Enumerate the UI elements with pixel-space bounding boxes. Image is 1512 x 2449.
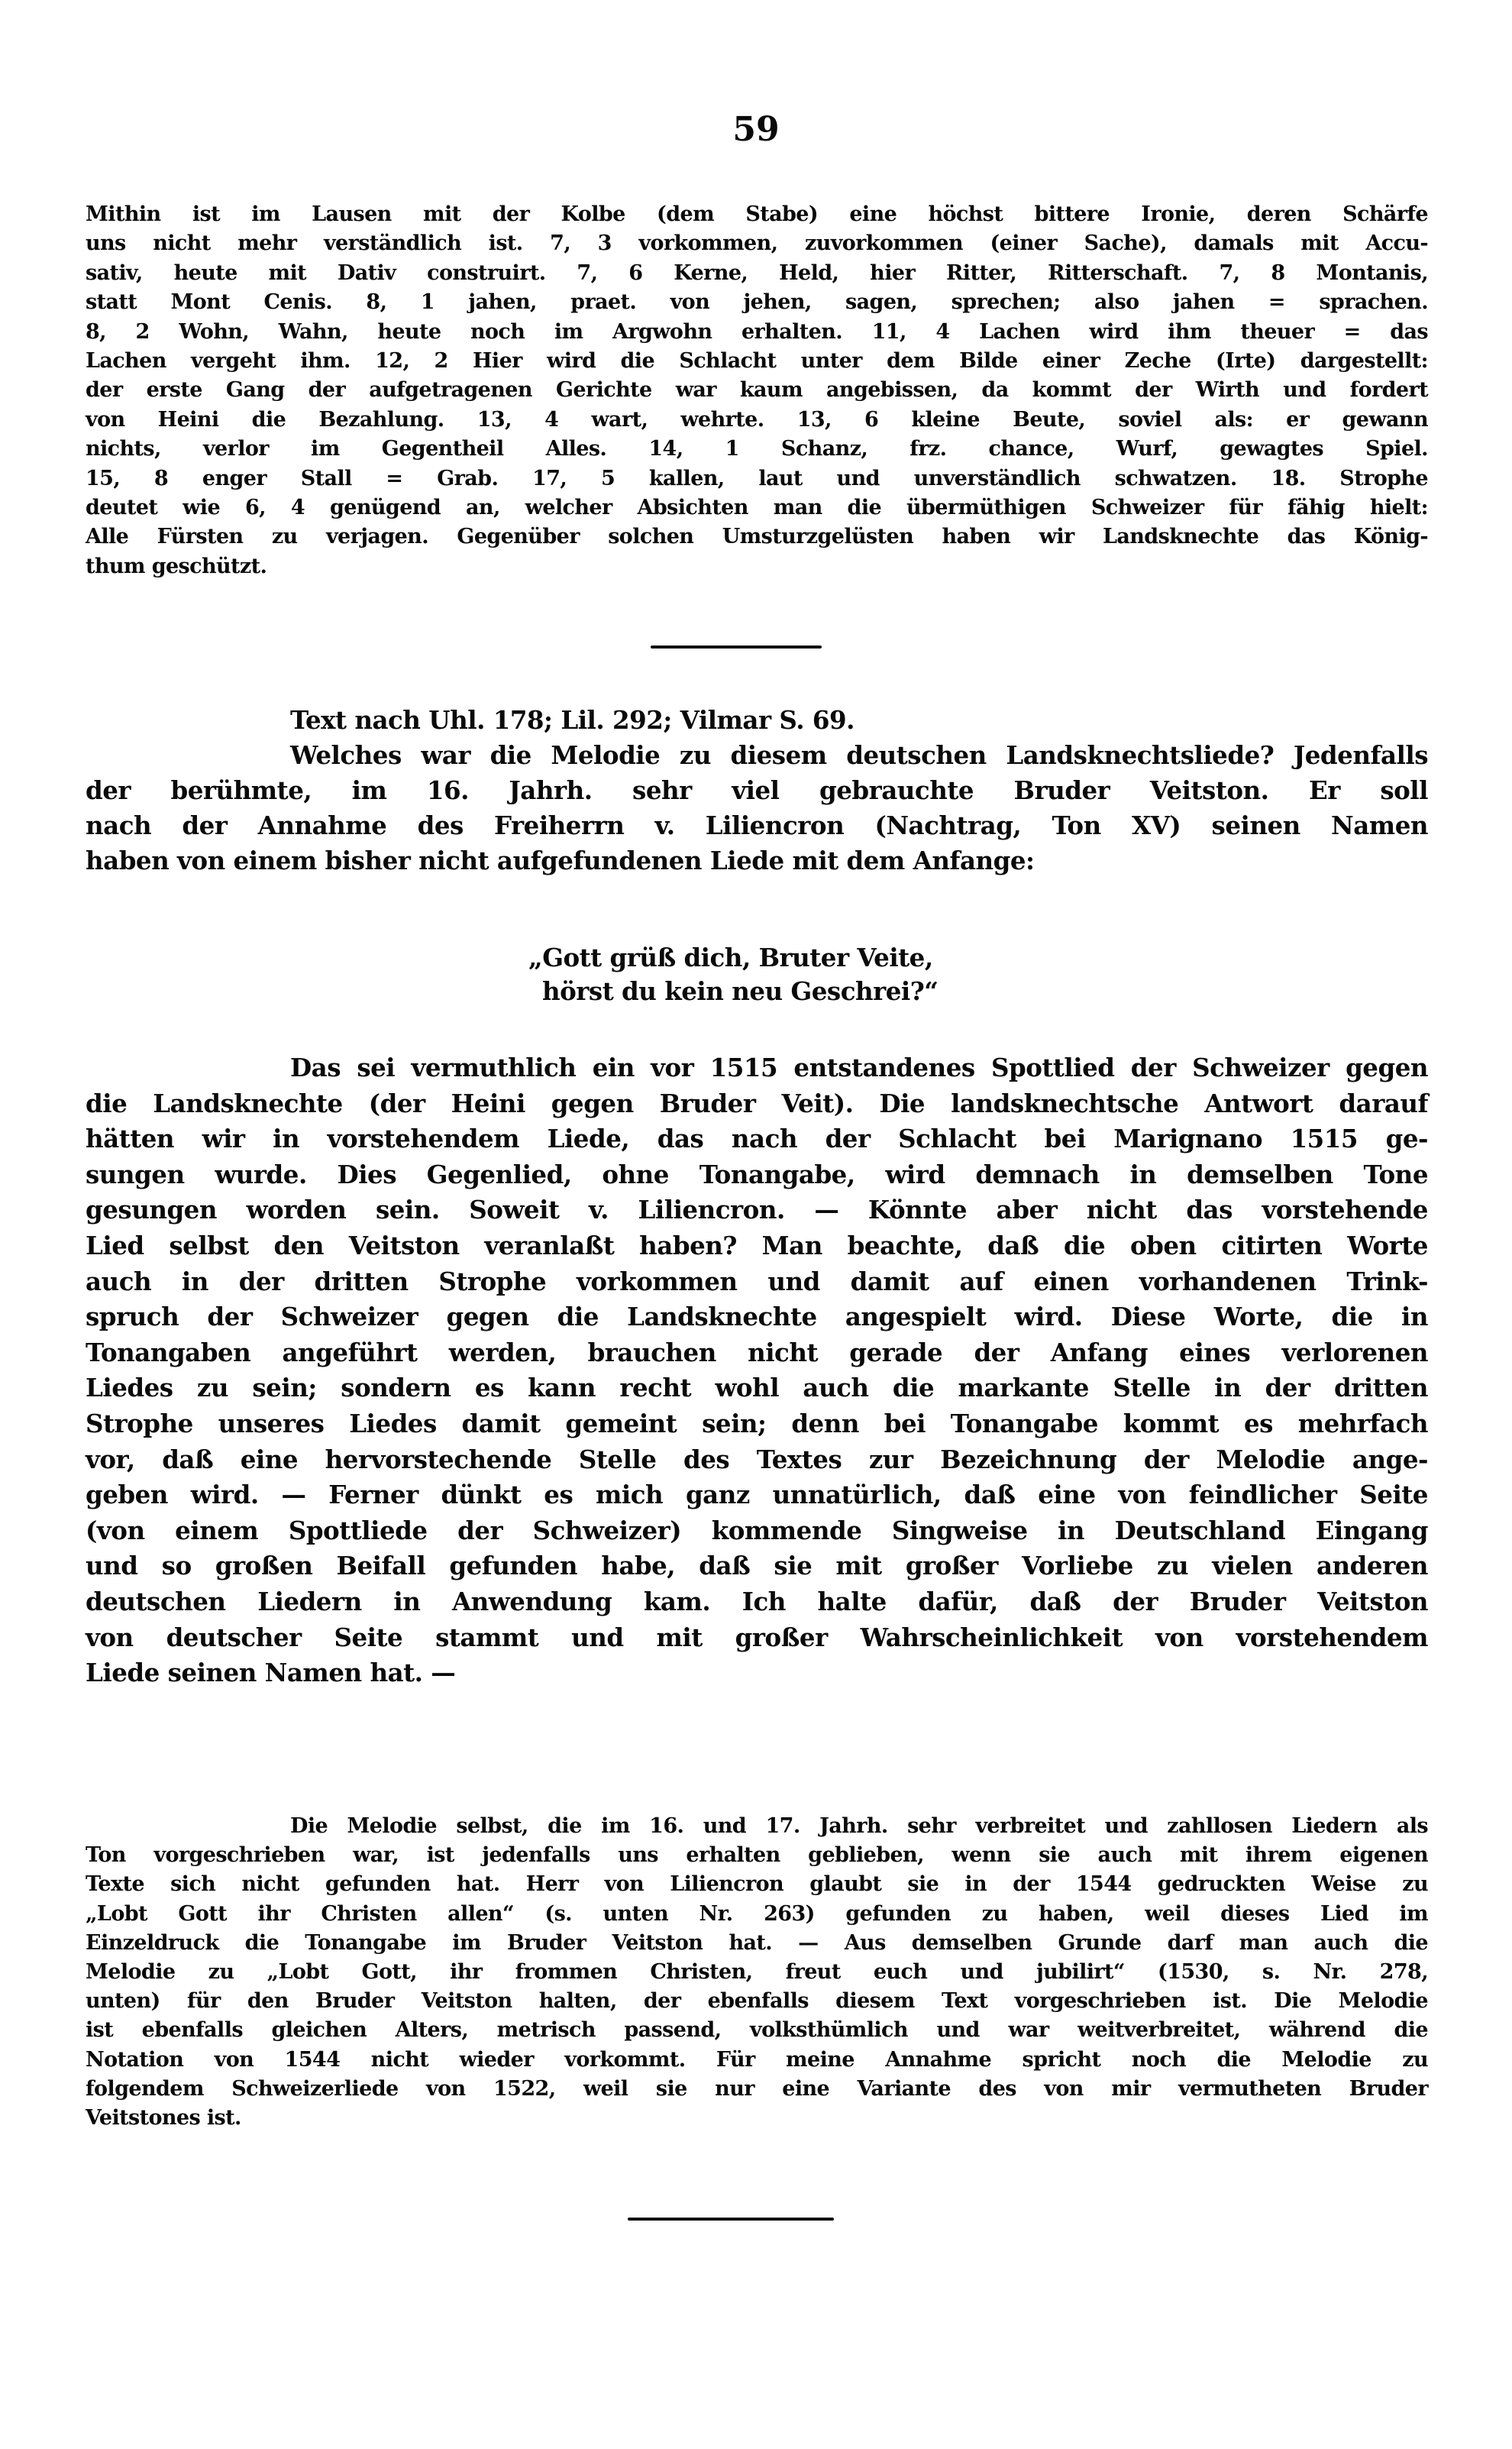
text-line: und so großen Beifall gefunden habe, daß…	[86, 1548, 1428, 1584]
text-line: 8, 2 Wohn, Wahn, heute noch im Argwohn e…	[86, 318, 1428, 347]
text-line: Liedes zu sein; sondern es kann recht wo…	[86, 1370, 1428, 1406]
section-divider-bottom	[628, 2218, 834, 2221]
text-line: Notation von 1544 nicht wieder vorkommt.…	[86, 2046, 1428, 2075]
text-line: statt Mont Cenis. 8, 1 jahen, praet. von…	[86, 288, 1428, 317]
text-line: nach der Annahme des Freiherrn v. Lilien…	[86, 808, 1428, 843]
text-line: Strophe unseres Liedes damit gemeint sei…	[86, 1406, 1428, 1441]
page-number: 59	[0, 107, 1512, 153]
text-line: vor, daß eine hervorstechende Stelle des…	[86, 1442, 1428, 1477]
text-line: Texte sich nicht gefunden hat. Herr von …	[86, 1870, 1428, 1899]
text-line: ist ebenfalls gleichen Alters, metrisch …	[86, 2016, 1428, 2045]
text-line: folgendem Schweizerliede von 1522, weil …	[86, 2075, 1428, 2104]
text-line: Tonangaben angeführt werden, brauchen ni…	[86, 1335, 1428, 1370]
text-line: 15, 8 enger Stall = Grab. 17, 5 kallen, …	[86, 464, 1428, 493]
text-line: hätten wir in vorstehendem Liede, das na…	[86, 1121, 1428, 1157]
text-line: Mithin ist im Lausen mit der Kolbe (dem …	[86, 200, 1428, 229]
text-line: sativ, heute mit Dativ construirt. 7, 6 …	[86, 259, 1428, 288]
text-line: der berühmte, im 16. Jahrh. sehr viel ge…	[86, 773, 1428, 808]
section-divider-top	[651, 645, 822, 649]
text-line: Das sei vermuthlich ein vor 1515 entstan…	[290, 1050, 1428, 1085]
source-line: Text nach Uhl. 178; Lil. 292; Vilmar S. …	[290, 703, 1428, 738]
text-line: der erste Gang der aufgetragenen Gericht…	[86, 376, 1428, 405]
text-line: von Heini die Bezahlung. 13, 4 wart, weh…	[86, 406, 1428, 435]
text-line: spruch der Schweizer gegen die Landsknec…	[86, 1299, 1428, 1334]
text-line: Melodie zu „Lobt Gott, ihr frommen Chris…	[86, 1958, 1428, 1987]
text-line: deutet wie 6, 4 genügend an, welcher Abs…	[86, 493, 1428, 522]
text-line: Welches war die Melodie zu diesem deutsc…	[290, 738, 1428, 773]
text-line: „Lobt Gott ihr Christen allen“ (s. unten…	[86, 1900, 1428, 1929]
text-line: sungen wurde. Dies Gegenlied, ohne Tonan…	[86, 1157, 1428, 1192]
text-line: auch in der dritten Strophe vorkommen un…	[86, 1264, 1428, 1299]
text-line: thum geschützt.	[86, 552, 1428, 581]
text-line: Lachen vergeht ihm. 12, 2 Hier wird die …	[86, 347, 1428, 376]
text-line: Lied selbst den Veitston veranlaßt haben…	[86, 1228, 1428, 1263]
text-line: Veitstones ist.	[86, 2104, 1428, 2133]
quote-line: hörst du kein neu Geschrei?“	[542, 975, 939, 1008]
text-line: Die Melodie selbst, die im 16. und 17. J…	[290, 1812, 1428, 1841]
text-line: haben von einem bisher nicht aufgefunden…	[86, 843, 1428, 878]
text-line: von deutscher Seite stammt und mit große…	[86, 1620, 1428, 1655]
text-line: gesungen worden sein. Soweit v. Liliencr…	[86, 1192, 1428, 1228]
quote-line: „Gott grüß dich, Bruter Veite,	[528, 941, 933, 975]
text-line: Alle Fürsten zu verjagen. Gegenüber solc…	[86, 522, 1428, 552]
text-line: Einzeldruck die Tonangabe im Bruder Veit…	[86, 1929, 1428, 1958]
text-line: (von einem Spottliede der Schweizer) kom…	[86, 1513, 1428, 1548]
text-line: uns nicht mehr verständlich ist. 7, 3 vo…	[86, 229, 1428, 258]
text-line: unten) für den Bruder Veitston halten, d…	[86, 1987, 1428, 2016]
text-line: nichts, verlor im Gegentheil Alles. 14, …	[86, 435, 1428, 464]
text-line: geben wird. — Ferner dünkt es mich ganz …	[86, 1477, 1428, 1512]
text-line: Ton vorgeschrieben war, ist jedenfalls u…	[86, 1841, 1428, 1870]
text-line: die Landsknechte (der Heini gegen Bruder…	[86, 1086, 1428, 1121]
text-line: Liede seinen Namen hat. —	[86, 1655, 1428, 1690]
text-line: deutschen Liedern in Anwendung kam. Ich …	[86, 1584, 1428, 1619]
